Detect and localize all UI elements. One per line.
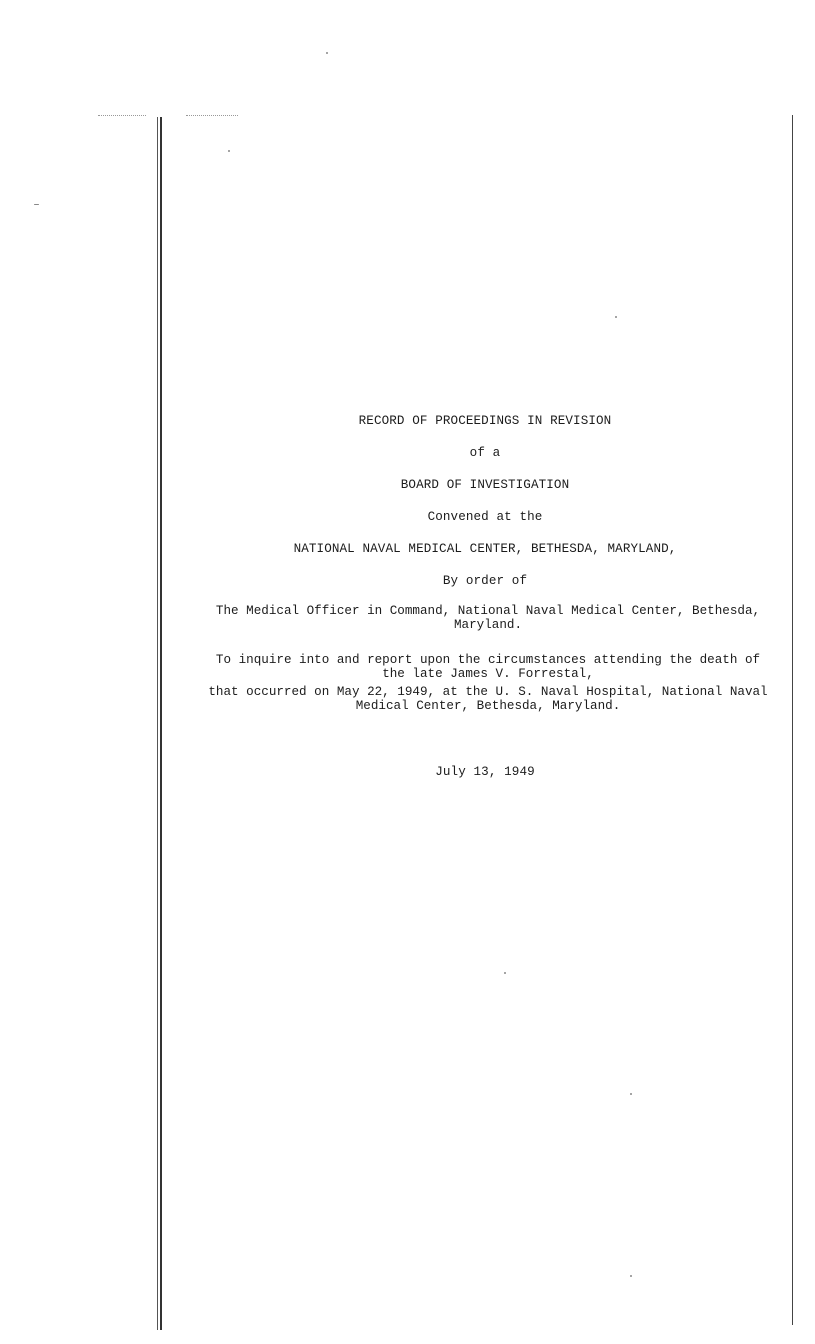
board-heading: BOARD OF INVESTIGATION — [170, 478, 800, 492]
document-title: RECORD OF PROCEEDINGS IN REVISION — [170, 414, 800, 428]
purpose-line-2: the late James V. Forrestal, — [178, 667, 798, 681]
scan-speck — [615, 316, 617, 318]
purpose-line-4: Medical Center, Bethesda, Maryland. — [178, 699, 798, 713]
document-date: July 13, 1949 — [170, 765, 800, 779]
scan-speck — [630, 1275, 632, 1277]
scan-speck — [34, 204, 39, 205]
location-text: NATIONAL NAVAL MEDICAL CENTER, BETHESDA,… — [170, 542, 800, 556]
scanned-document-page: RECORD OF PROCEEDINGS IN REVISION of a B… — [0, 0, 815, 1344]
scan-artifact-dots — [186, 115, 238, 117]
authority-line-2: Maryland. — [178, 618, 798, 632]
by-order-text: By order of — [170, 574, 800, 588]
authority-line-1: The Medical Officer in Command, National… — [178, 604, 798, 618]
scan-artifact-dots — [98, 115, 146, 117]
scan-speck — [228, 150, 230, 152]
left-margin-rule — [157, 117, 158, 1330]
scan-speck — [630, 1093, 632, 1095]
purpose-line-1: To inquire into and report upon the circ… — [178, 653, 798, 667]
left-margin-rule-double — [160, 117, 162, 1330]
convened-text: Convened at the — [170, 510, 800, 524]
scan-speck — [326, 52, 328, 54]
scan-speck — [504, 972, 506, 974]
right-margin-rule — [792, 115, 793, 1325]
of-a-text: of a — [170, 446, 800, 460]
purpose-line-3: that occurred on May 22, 1949, at the U.… — [178, 685, 798, 699]
